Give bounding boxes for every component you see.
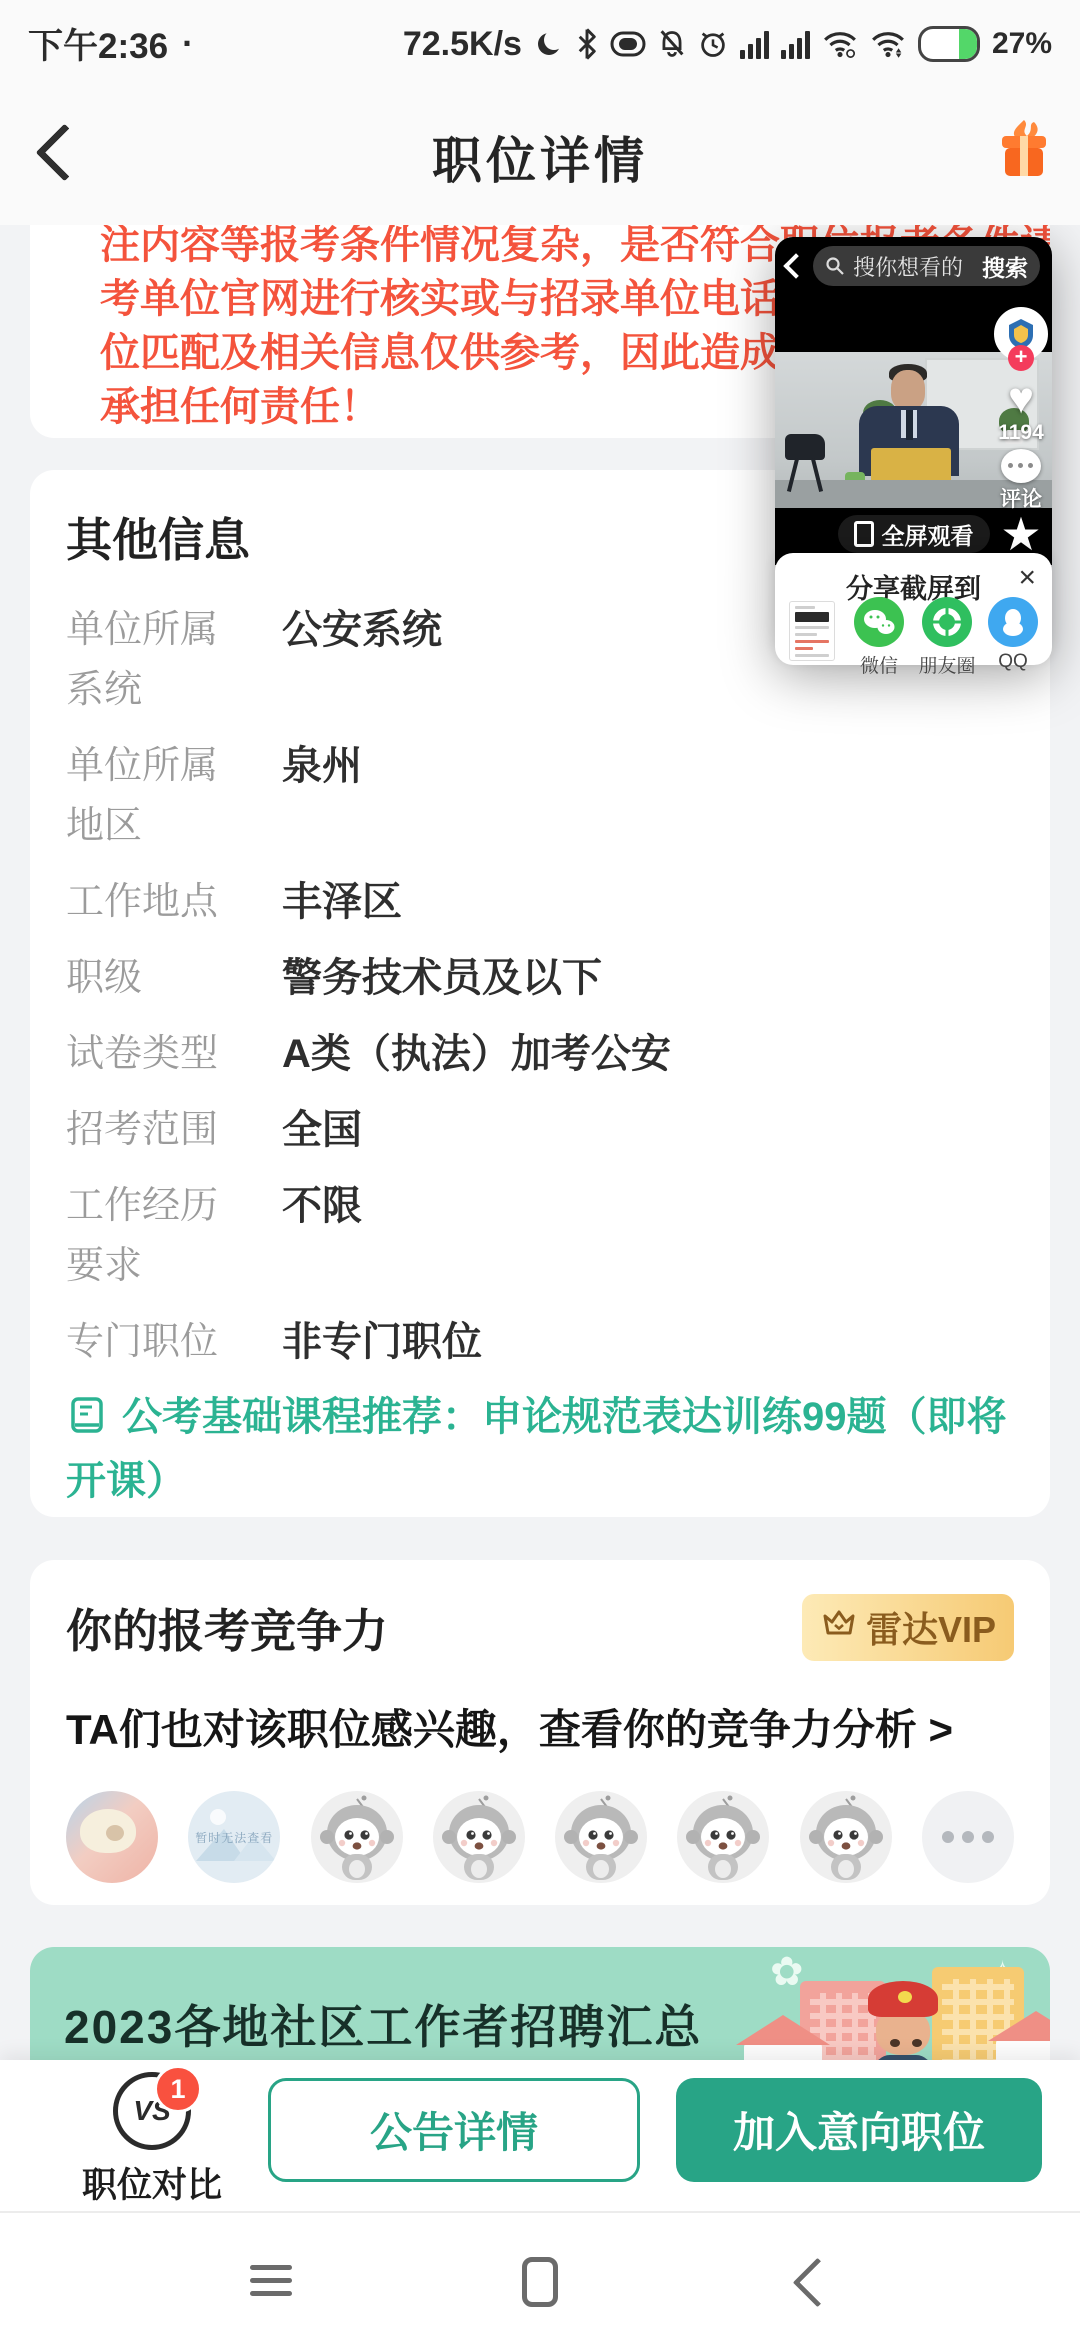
avatar-default	[311, 1791, 403, 1883]
share-moments-label: 朋友圈	[915, 651, 979, 678]
back-icon[interactable]	[36, 124, 94, 182]
video-back-icon[interactable]	[783, 253, 808, 278]
competitiveness-card: 你的报考竞争力 雷达VIP TA们也对该职位感兴趣，查看你的竞争力分析 > 暂时…	[30, 1560, 1050, 1905]
info-row: 单位所属地区泉州	[66, 736, 1014, 856]
info-rows: 单位所属系统公安系统 单位所属地区泉州 工作地点丰泽区 职级警务技术员及以下 试…	[66, 600, 1014, 1372]
row-value: 不限	[282, 1176, 362, 1236]
banner-title: 2023各地社区工作者招聘汇总	[64, 1991, 702, 2057]
row-label: 单位所属地区	[66, 736, 226, 856]
close-icon[interactable]: ×	[1018, 561, 1036, 595]
radar-vip-badge[interactable]: 雷达VIP	[802, 1594, 1014, 1661]
battery-icon	[918, 26, 980, 62]
row-value: 丰泽区	[282, 872, 402, 932]
bluetooth-icon	[576, 28, 598, 60]
nav-back-icon[interactable]	[793, 2258, 842, 2307]
like-count: 1194	[993, 421, 1049, 445]
row-label: 试卷类型	[66, 1024, 226, 1084]
signal-icon-sim1	[740, 29, 769, 59]
share-screenshot-panel: 分享截屏到 × 微信 朋友圈 QQ	[775, 553, 1052, 665]
row-label: 工作地点	[66, 872, 226, 932]
info-row: 专门职位非专门职位	[66, 1312, 1014, 1372]
video-action-rail: + ♥ 1194 评论 ★ 98	[993, 307, 1049, 565]
row-value: 非专门职位	[282, 1312, 482, 1372]
fullscreen-button[interactable]: 全屏观看	[838, 515, 990, 553]
row-label: 招考范围	[66, 1100, 226, 1160]
search-icon	[825, 256, 845, 276]
row-label: 职级	[66, 948, 226, 1008]
status-bar: 下午2:36 · 72.5K/s	[0, 0, 1080, 88]
moments-icon	[922, 597, 972, 647]
more-avatars-button[interactable]	[922, 1791, 1014, 1883]
share-wechat-label: 微信	[847, 651, 911, 678]
info-row: 试卷类型A类（执法）加考公安	[66, 1024, 1014, 1084]
wifi-arrows-icon	[870, 29, 906, 59]
app-header: 职位详情	[0, 88, 1080, 225]
notification-dot: ·	[182, 24, 194, 64]
avatar-hidden-text: 暂时无法查看	[188, 1829, 280, 1846]
row-label: 工作经历要求	[66, 1176, 226, 1296]
dnd-moon-icon	[534, 29, 564, 59]
wechat-icon	[854, 597, 904, 647]
wifi-link-icon	[822, 29, 858, 59]
share-qq[interactable]: QQ	[981, 597, 1045, 673]
battery-percent: 27%	[992, 27, 1052, 61]
crown-icon	[820, 1606, 858, 1649]
data-saver-icon	[610, 30, 646, 58]
info-row: 招考范围全国	[66, 1100, 1014, 1160]
sparkle-icon: ✿	[770, 1949, 804, 1995]
info-row: 职级警务技术员及以下	[66, 948, 1014, 1008]
network-speed: 72.5K/s	[403, 25, 522, 64]
announcement-detail-button[interactable]: 公告详情	[268, 2078, 640, 2182]
fullscreen-label: 全屏观看	[882, 518, 974, 551]
page-title: 职位详情	[432, 121, 648, 193]
avatar-default	[555, 1791, 647, 1883]
floating-video-window[interactable]: 搜你想看的 搜索 全屏观看 + ♥ 1194 评论 ★	[775, 237, 1052, 665]
like-icon[interactable]: ♥	[993, 377, 1049, 421]
comment-icon[interactable]	[1001, 449, 1041, 483]
course-recommend-link[interactable]: 公考基础课程推荐：申论规范表达训练99题（即将开课）	[66, 1388, 1014, 1510]
system-nav-bar	[0, 2211, 1080, 2340]
vs-icon: VS 1	[113, 2072, 191, 2150]
search-button[interactable]: 搜索	[982, 250, 1028, 283]
book-icon	[66, 1394, 108, 1452]
recents-menu-icon[interactable]	[250, 2257, 292, 2304]
row-value: 全国	[282, 1100, 362, 1160]
avatar-default	[800, 1791, 892, 1883]
row-label: 单位所属系统	[66, 600, 226, 720]
favorite-icon[interactable]: ★	[993, 513, 1049, 555]
follow-plus-button[interactable]: +	[1008, 345, 1034, 371]
info-row: 工作地点丰泽区	[66, 872, 1014, 932]
rotate-phone-icon	[854, 521, 874, 547]
clock: 下午2:36	[28, 19, 168, 69]
compare-count-badge: 1	[154, 2065, 202, 2113]
video-search-row: 搜你想看的 搜索	[775, 237, 1052, 295]
avatar	[66, 1791, 158, 1883]
video-player[interactable]: 搜你想看的 搜索 全屏观看 + ♥ 1194 评论 ★	[775, 237, 1052, 565]
competitiveness-analysis-link[interactable]: TA们也对该职位感兴趣，查看你的竞争力分析 >	[66, 1697, 1014, 1757]
uploader-avatar[interactable]: +	[994, 307, 1048, 361]
alarm-icon	[698, 29, 728, 59]
row-value: 警务技术员及以下	[282, 948, 602, 1008]
qq-icon	[988, 597, 1038, 647]
share-qq-label: QQ	[981, 651, 1045, 673]
vip-badge-label: 雷达VIP	[866, 1602, 996, 1653]
signal-icon-sim2	[781, 29, 810, 59]
avatar-hidden: 暂时无法查看	[188, 1791, 280, 1883]
avatar-default	[433, 1791, 525, 1883]
phone-screen: 下午2:36 · 72.5K/s	[0, 0, 1080, 2340]
mute-bell-icon	[658, 29, 686, 59]
video-search-input[interactable]: 搜你想看的 搜索	[813, 246, 1040, 286]
row-value: 公安系统	[282, 600, 442, 660]
course-link-text: 公考基础课程推荐：申论规范表达训练99题（即将开课）	[66, 1395, 1007, 1503]
row-value: A类（执法）加考公安	[282, 1024, 671, 1084]
competitiveness-title: 你的报考竞争力	[66, 1595, 388, 1661]
share-wechat[interactable]: 微信	[847, 597, 911, 678]
row-label: 专门职位	[66, 1312, 226, 1372]
search-placeholder: 搜你想看的	[853, 251, 982, 282]
screenshot-thumbnail	[789, 601, 835, 661]
gift-icon[interactable]	[994, 118, 1054, 185]
job-compare-button[interactable]: VS 1 职位对比	[82, 2072, 222, 2208]
join-intention-button[interactable]: 加入意向职位	[676, 2078, 1042, 2182]
compare-label: 职位对比	[82, 2158, 222, 2208]
bottom-action-bar: VS 1 职位对比 公告详情 加入意向职位	[0, 2060, 1080, 2211]
row-value: 泉州	[282, 736, 362, 796]
share-moments[interactable]: 朋友圈	[915, 597, 979, 678]
info-row: 工作经历要求不限	[66, 1176, 1014, 1296]
interested-users-avatars: 暂时无法查看	[66, 1791, 1014, 1883]
avatar-default	[677, 1791, 769, 1883]
home-icon[interactable]	[522, 2257, 558, 2307]
